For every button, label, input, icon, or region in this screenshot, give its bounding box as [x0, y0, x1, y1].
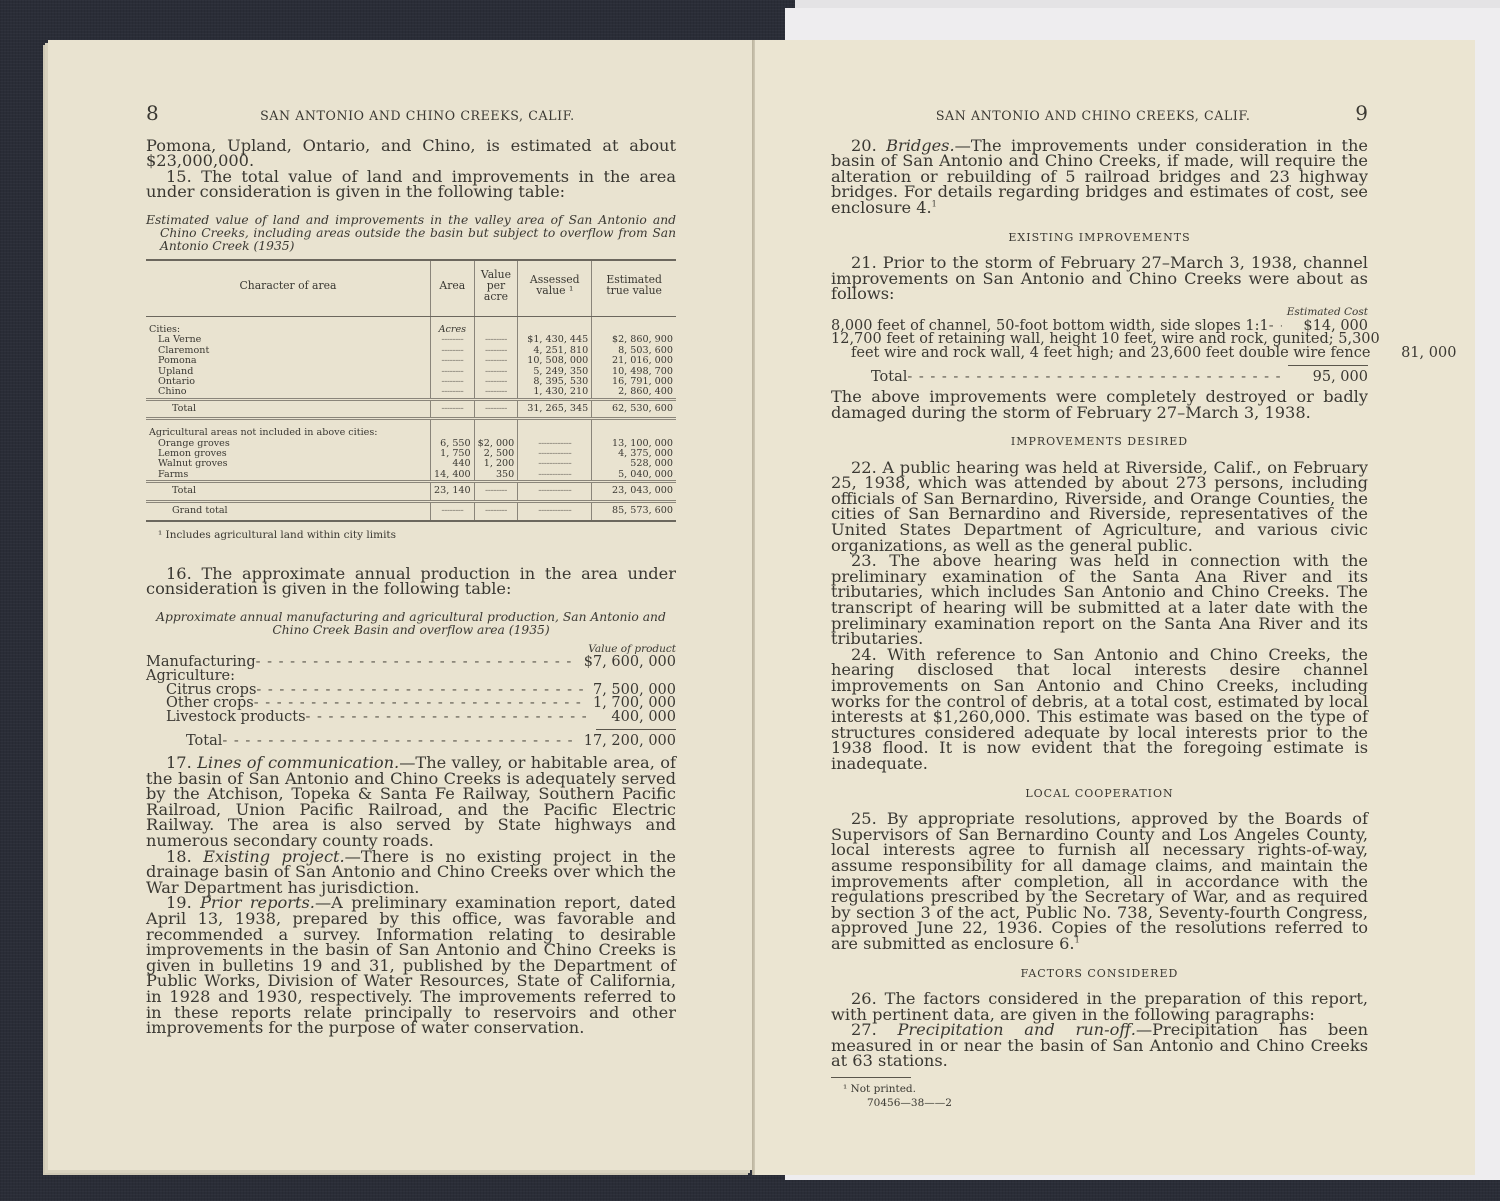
- table-row: Cities: Acres: [146, 325, 676, 335]
- column-header: Estimated true value: [592, 260, 676, 317]
- paragraph-21: 21. Prior to the storm of February 27–Ma…: [831, 255, 1368, 302]
- sum-rule: [596, 729, 676, 730]
- ledger-row: Livestock products 400, 000: [146, 711, 676, 725]
- row-label: Total: [146, 482, 431, 501]
- column-header: Assessed value ¹: [518, 260, 592, 317]
- cell: 2, 860, 400: [592, 387, 676, 399]
- row-label: Ontario: [146, 377, 431, 387]
- running-head-title: SAN ANTONIO AND CHINO CREEKS, CALIF.: [159, 108, 676, 124]
- paragraph-22: 22. A public hearing was held at Riversi…: [831, 460, 1368, 554]
- cell: 14, 400: [431, 470, 475, 482]
- page-number: 9: [1355, 106, 1368, 122]
- paragraph-18: 18. Existing project.—There is no existi…: [146, 849, 676, 896]
- table-row: Walnut groves 440 1, 200 ------------ 52…: [146, 459, 676, 469]
- paragraph-16: 16. The approximate annual production in…: [146, 566, 676, 597]
- cost-table: Estimated Cost 8,000 feet of channel, 50…: [831, 306, 1368, 385]
- row-label: Total: [146, 399, 431, 418]
- right-page-content: SAN ANTONIO AND CHINO CREEKS, CALIF. 9 2…: [831, 106, 1368, 1110]
- page-footnote: ¹ Not printed.: [831, 1082, 1368, 1096]
- table-row: Upland ---------------- 5, 249, 350 10, …: [146, 367, 676, 377]
- cell: 31, 265, 345: [518, 399, 592, 418]
- total-row: Total 23, 140 -------- ------------ 23, …: [146, 482, 676, 501]
- production-table: Value of product Manufacturing $7, 600, …: [146, 643, 676, 749]
- cell: 62, 530, 600: [592, 399, 676, 418]
- running-head: 8 SAN ANTONIO AND CHINO CREEKS, CALIF.: [146, 106, 676, 124]
- column-header: Value per acre: [474, 260, 518, 317]
- left-page: 8 SAN ANTONIO AND CHINO CREEKS, CALIF. P…: [48, 40, 753, 1170]
- paragraph-17: 17. Lines of communication.—The valley, …: [146, 755, 676, 849]
- row-label: Chino: [146, 387, 431, 399]
- table-row: Farms 14, 400 350 ------------ 5, 040, 0…: [146, 470, 676, 482]
- paragraph-23: 23. The above hearing was held in connec…: [831, 553, 1368, 647]
- paragraph-15: 15. The total value of land and improvem…: [146, 169, 676, 200]
- running-head: SAN ANTONIO AND CHINO CREEKS, CALIF. 9: [831, 106, 1368, 124]
- section-heading: IMPROVEMENTS DESIRED: [831, 434, 1368, 450]
- grand-total-row: Grand total ---------------- -----------…: [146, 501, 676, 521]
- table-row: Chino ---------------- 1, 430, 210 2, 86…: [146, 387, 676, 399]
- paragraph-21-continued: The above improvements were completely d…: [831, 389, 1368, 420]
- footnote-rule: [831, 1077, 911, 1078]
- cell: 350: [474, 470, 518, 482]
- row-label: Walnut groves: [146, 459, 431, 469]
- row-label: Farms: [146, 470, 431, 482]
- cell: 85, 573, 600: [592, 501, 676, 521]
- running-head-title: SAN ANTONIO AND CHINO CREEKS, CALIF.: [831, 108, 1355, 124]
- section-heading: EXISTING IMPROVEMENTS: [831, 230, 1368, 246]
- section-heading: FACTORS CONSIDERED: [831, 966, 1368, 982]
- paragraph-26: 26. The factors considered in the prepar…: [831, 991, 1368, 1022]
- table-row: Pomona ---------------- 10, 508, 000 21,…: [146, 356, 676, 366]
- paragraph-25: 25. By appropriate resolutions, approved…: [831, 811, 1368, 951]
- table-row: La Verne ---------------- $1, 430, 445 $…: [146, 335, 676, 345]
- table-footnote: ¹ Includes agricultural land within city…: [146, 528, 676, 544]
- cell: 1, 430, 210: [518, 387, 592, 399]
- cell: 5, 040, 000: [592, 470, 676, 482]
- section-heading: LOCAL COOPERATION: [831, 786, 1368, 802]
- column-header: Character of area: [146, 260, 431, 317]
- table-row: Ontario ---------------- 8, 395, 530 16,…: [146, 377, 676, 387]
- table-caption: Estimated value of land and improvements…: [146, 214, 676, 253]
- cell: 23, 043, 000: [592, 482, 676, 501]
- paragraph-19: 19. Prior reports.—A preliminary examina…: [146, 895, 676, 1035]
- column-header: Area: [431, 260, 475, 317]
- row-label: Grand total: [146, 501, 431, 521]
- right-page: SAN ANTONIO AND CHINO CREEKS, CALIF. 9 2…: [755, 40, 1475, 1175]
- table-row: Claremont ---------------- 4, 251, 810 8…: [146, 346, 676, 356]
- land-value-table: Character of area Area Value per acre As…: [146, 259, 676, 522]
- ledger-row-cont: feet wire and rock wall, 4 feet high; an…: [831, 347, 1368, 361]
- paragraph-27: 27. Precipitation and run-off.—Precipita…: [831, 1022, 1368, 1069]
- printer-imprint: 70456—38——2: [831, 1096, 1368, 1110]
- cell: 23, 140: [431, 482, 475, 501]
- paragraph-20: 20. Bridges.—The improvements under cons…: [831, 138, 1368, 216]
- total-row: Total ---------------- 31, 265, 345 62, …: [146, 399, 676, 418]
- left-page-content: 8 SAN ANTONIO AND CHINO CREEKS, CALIF. P…: [146, 106, 676, 1036]
- table-caption: Approximate annual manufacturing and agr…: [146, 611, 676, 637]
- ledger-total-row: Total 17, 200, 000: [146, 735, 676, 749]
- sum-rule: [1288, 365, 1368, 366]
- paragraph-24: 24. With reference to San Antonio and Ch…: [831, 647, 1368, 772]
- ledger-total-row: Total 95, 000: [831, 371, 1368, 385]
- intro-paragraph: Pomona, Upland, Ontario, and Chino, is e…: [146, 138, 676, 169]
- page-number: 8: [146, 106, 159, 122]
- underlying-sheet-edge: [795, 0, 1500, 8]
